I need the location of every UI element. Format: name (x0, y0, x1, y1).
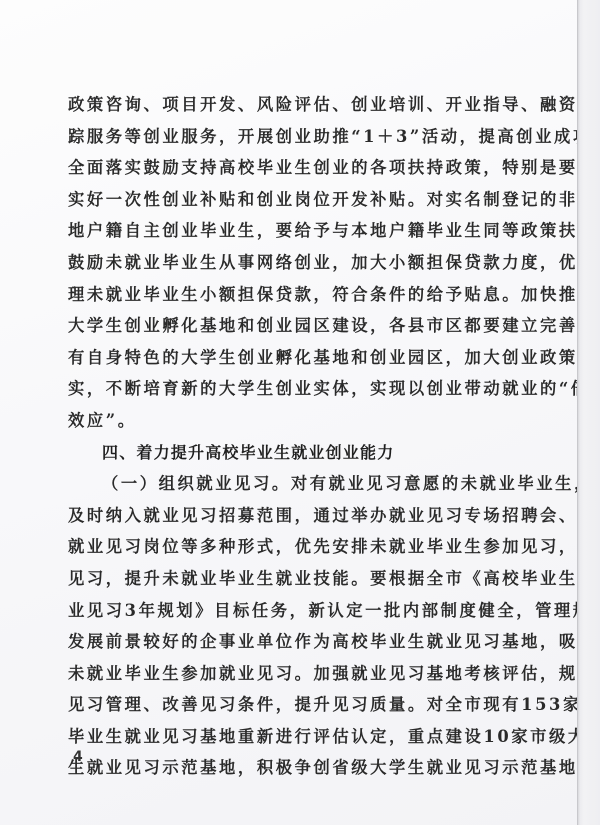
section-heading: 四、着力提升高校毕业生就业创业能力 (68, 437, 538, 469)
document-body: 政策咨询、项目开发、风险评估、创业培训、开业指导、融资服务、跟 踪服务等创业服务… (68, 89, 538, 784)
text-line: 见习，提升未就业毕业生就业技能。要根据全市《高校毕业生就 (68, 563, 538, 595)
page-binding-edge (577, 0, 600, 825)
text-line: 发展前景较好的企事业单位作为高校毕业生就业见习基地，吸纳 (68, 626, 538, 658)
text-line: 及时纳入就业见习招募范围，通过举办就业见习专场招聘会、发布 (68, 500, 538, 532)
text-line: （一）组织就业见习。对有就业见习意愿的未就业毕业生，要 (68, 468, 538, 500)
text-line: 实，不断培育新的大学生创业实体，实现以创业带动就业的“倍增 (68, 373, 538, 405)
text-line: 效应”。 (68, 405, 538, 437)
text-line: 有自身特色的大学生创业孵化基地和创业园区，加大创业政策落 (68, 342, 538, 374)
text-line: 地户籍自主创业毕业生，要给予与本地户籍毕业生同等政策扶持。 (68, 215, 538, 247)
text-line: 政策咨询、项目开发、风险评估、创业培训、开业指导、融资服务、跟 (68, 89, 538, 121)
text-line: 生就业见习示范基地，积极争创省级大学生就业见习示范基地。 (68, 752, 538, 784)
text-line: 全面落实鼓励支持高校毕业生创业的各项扶持政策，特别是要落 (68, 152, 538, 184)
text-line: 大学生创业孵化基地和创业园区建设，各县市区都要建立完善具 (68, 310, 538, 342)
text-line: 理未就业毕业生小额担保贷款，符合条件的给予贴息。加快推进 (68, 279, 538, 311)
scanned-page: 政策咨询、项目开发、风险评估、创业培训、开业指导、融资服务、跟 踪服务等创业服务… (0, 0, 577, 825)
text-line: 未就业毕业生参加就业见习。加强就业见习基地考核评估，规范 (68, 658, 538, 690)
text-line: 业见习3年规划》目标任务，新认定一批内部制度健全，管理规范， (68, 595, 538, 627)
text-line: 就业见习岗位等多种形式，优先安排未就业毕业生参加见习，通过 (68, 531, 538, 563)
text-line: 踪服务等创业服务，开展创业助推“1＋3”活动，提高创业成功率。 (68, 121, 538, 153)
page-number: 4 (73, 749, 83, 765)
text-line: 鼓励未就业毕业生从事网络创业，加大小额担保贷款力度，优先办 (68, 247, 538, 279)
text-line: 见习管理、改善见习条件，提升见习质量。对全市现有153家高校 (68, 689, 538, 721)
text-line: 毕业生就业见习基地重新进行评估认定，重点建设10家市级大学 (68, 721, 538, 753)
text-line: 实好一次性创业补贴和创业岗位开发补贴。对实名制登记的非本 (68, 184, 538, 216)
